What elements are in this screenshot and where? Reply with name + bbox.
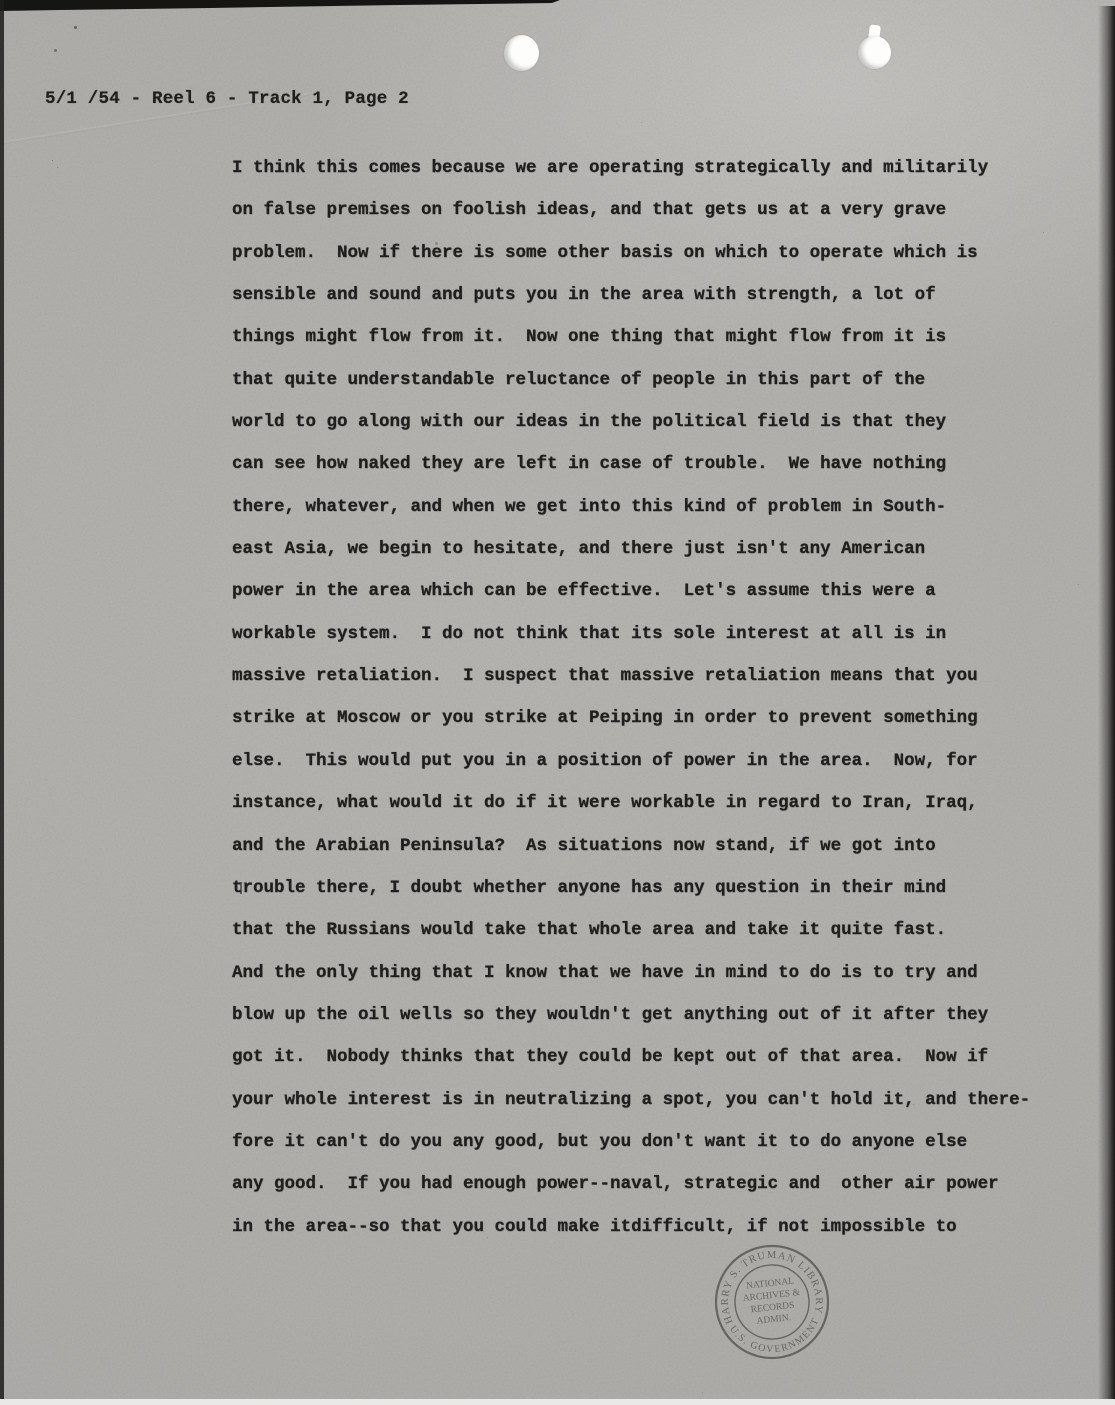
stray-ink-mark (240, 882, 242, 894)
typed-line: massive retaliation. I suspect that mass… (232, 655, 1092, 697)
typed-line: else. This would put you in a position o… (232, 740, 1092, 782)
paper-specks (0, 0, 1, 1)
typed-line: that the Russians would take that whole … (232, 909, 1092, 951)
typed-line: your whole interest is in neutralizing a… (232, 1079, 1092, 1121)
typed-line: problem. Now if there is some other basi… (232, 232, 1092, 274)
typed-line: that quite understandable reluctance of … (232, 359, 1092, 401)
scan-edge-left (0, 0, 4, 1405)
stamp-center-line: ADMIN. (756, 1313, 791, 1327)
typed-line: instance, what would it do if it were wo… (232, 782, 1092, 824)
typed-line: workable system. I do not think that its… (232, 613, 1092, 655)
scanned-document-page: 5/1 /54 - Reel 6 - Track 1, Page 2 I thi… (0, 0, 1115, 1405)
punch-hole-right (858, 36, 891, 69)
typed-line: any good. If you had enough power--naval… (232, 1163, 1092, 1205)
typed-line: I think this comes because we are operat… (232, 147, 1092, 189)
typed-line: And the only thing that I know that we h… (232, 952, 1092, 994)
typed-line: trouble there, I doubt whether anyone ha… (232, 867, 1092, 909)
scan-edge-bottom (0, 1399, 1115, 1405)
page-header: 5/1 /54 - Reel 6 - Track 1, Page 2 (45, 88, 409, 110)
truman-library-archive-stamp: HARRY S. TRUMAN LIBRARY U.S. GOVERNMENT … (684, 1214, 860, 1390)
punch-hole-left (504, 35, 539, 71)
typed-line: fore it can't do you any good, but you d… (232, 1121, 1092, 1163)
typed-line: sensible and sound and puts you in the a… (232, 274, 1092, 316)
typed-line: there, whatever, and when we get into th… (232, 486, 1092, 528)
typed-text-block: I think this comes because we are operat… (232, 147, 1092, 1248)
typed-line: in the area--so that you could make itdi… (232, 1206, 1092, 1248)
scan-edge-right (1098, 6, 1115, 1405)
typed-line: on false premises on foolish ideas, and … (232, 189, 1092, 231)
typed-line: and the Arabian Peninsula? As situations… (232, 825, 1092, 867)
typed-line: blow up the oil wells so they wouldn't g… (232, 994, 1092, 1036)
typed-line: can see how naked they are left in case … (232, 443, 1092, 485)
typed-line: got it. Nobody thinks that they could be… (232, 1036, 1092, 1078)
typed-line: east Asia, we begin to hesitate, and the… (232, 528, 1092, 570)
typed-line: strike at Moscow or you strike at Peipin… (232, 697, 1092, 739)
typed-line: power in the area which can be effective… (232, 570, 1092, 612)
typed-line: things might flow from it. Now one thing… (232, 316, 1092, 358)
typed-line: world to go along with our ideas in the … (232, 401, 1092, 443)
scan-edge-top (0, 0, 560, 11)
